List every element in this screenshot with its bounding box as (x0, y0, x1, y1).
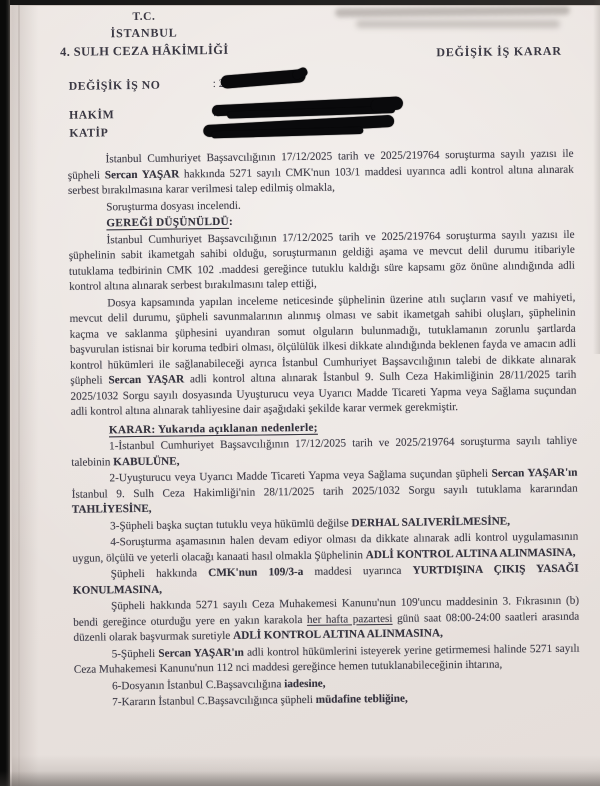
document-photo: T.C. İSTANBUL 4. SULH CEZA HÂKİMLİĞİ DEĞ… (0, 0, 600, 786)
photo-vignette (0, 0, 600, 786)
